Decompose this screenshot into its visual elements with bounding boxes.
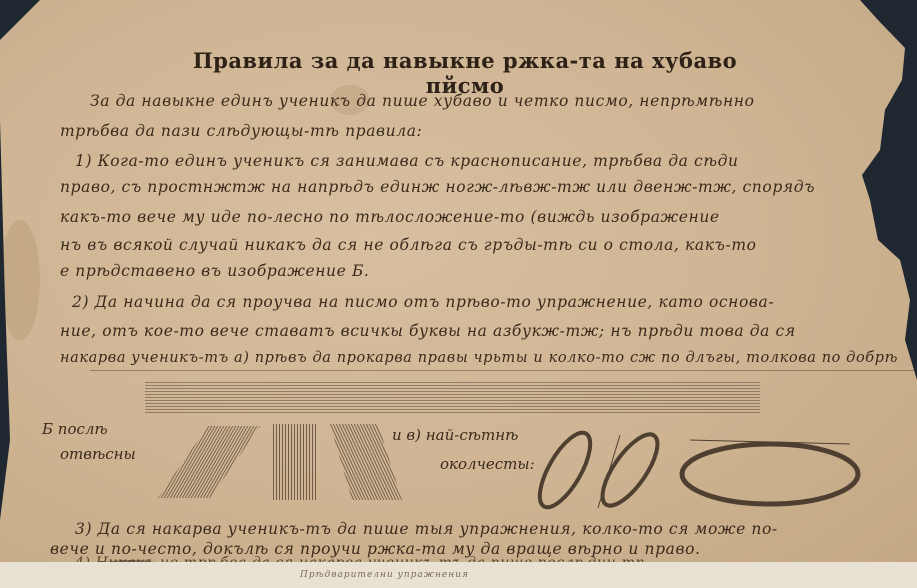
paper-stain bbox=[0, 220, 40, 340]
text-line: нъ въ всякой случай никакъ да ся не облѣ… bbox=[60, 236, 757, 254]
figure-label: Б послѣ bbox=[42, 420, 108, 438]
text-line: какъ-то вече му иде по-лесно по тѣлослож… bbox=[60, 208, 720, 226]
text-line: право, съ простнжтж на напрѣдъ единж ног… bbox=[60, 178, 815, 196]
vertical-slant-stroke-exercise bbox=[150, 418, 410, 503]
text-line: е прѣдставено въ изображение Б. bbox=[60, 262, 369, 280]
text-line: накарва ученикъ-тъ а) прѣвъ да прокарва … bbox=[60, 350, 898, 366]
oval-stroke-exercise bbox=[520, 420, 880, 515]
underlying-sheet: Прѣдварителни упражнения bbox=[0, 562, 917, 588]
figure-label: и в) най-сѣтнѣ bbox=[392, 426, 518, 444]
text-line: 3) Да ся накарва ученикъ-тъ да пише тыя … bbox=[75, 520, 778, 538]
divider-line bbox=[90, 370, 917, 371]
manuscript-page: Правила за да навыкне ржка-та на хубаво … bbox=[0, 0, 917, 588]
document-title: Правила за да навыкне ржка-та на хубаво … bbox=[160, 48, 770, 98]
horizontal-stroke-exercise bbox=[145, 382, 760, 414]
text-line: 2) Да начина да ся проучва на писмо отъ … bbox=[72, 293, 774, 311]
figure-label: отвѣсны bbox=[60, 445, 136, 463]
text-line: 1) Кога-то единъ ученикъ ся занимава съ … bbox=[75, 152, 739, 170]
underlying-sheet-text: Прѣдварителни упражнения bbox=[300, 570, 469, 580]
text-line: ние, отъ кое-то вече ставатъ всичкы букв… bbox=[60, 322, 796, 340]
text-line: трѣбва да пази слѣдующы-тѣ правила: bbox=[60, 122, 422, 140]
text-line: За да навыкне единъ ученикъ да пише хуба… bbox=[90, 92, 755, 110]
